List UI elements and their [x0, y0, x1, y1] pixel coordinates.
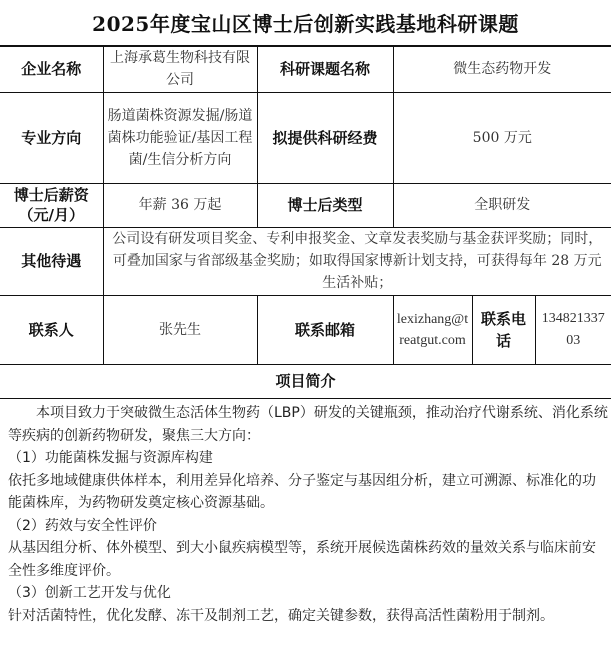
- table-row: 企业名称 上海承葛生物科技有限公司 科研课题名称 微生态药物开发: [0, 46, 611, 92]
- postdoc-type-label: 博士后类型: [257, 183, 393, 227]
- funding-value: 500 万元: [393, 92, 611, 183]
- postdoc-type-value: 全职研发: [393, 183, 611, 227]
- info-table: 企业名称 上海承葛生物科技有限公司 科研课题名称 微生态药物开发 专业方向 肠道…: [0, 45, 611, 365]
- intro-subheading: （1）功能菌株发掘与资源库构建: [8, 447, 608, 470]
- contact-value: 张先生: [103, 295, 257, 364]
- funding-label: 拟提供科研经费: [257, 92, 393, 183]
- topic-value: 微生态药物开发: [393, 46, 611, 92]
- email-value[interactable]: lexizhang@treatgut.com: [393, 295, 472, 364]
- intro-body: 本项目致力于突破微生态活体生物药（LBP）研发的关键瓶颈，推动治疗代谢系统、消化…: [8, 402, 608, 627]
- intro-subheading: （3）创新工艺开发与优化: [8, 582, 608, 605]
- topic-label: 科研课题名称: [257, 46, 393, 92]
- intro-paragraph: 本项目致力于突破微生态活体生物药（LBP）研发的关键瓶颈，推动治疗代谢系统、消化…: [8, 402, 608, 447]
- table-row: 其他待遇 公司设有研发项目奖金、专利申报奖金、文章发表奖励与基金获评奖励；同时，…: [0, 227, 611, 295]
- email-label: 联系邮箱: [257, 295, 393, 364]
- company-value: 上海承葛生物科技有限公司: [103, 46, 257, 92]
- company-label: 企业名称: [0, 46, 103, 92]
- salary-label: 博士后薪资（元/月）: [0, 183, 103, 227]
- intro-paragraph: 针对活菌特性，优化发酵、冻干及制剂工艺，确定关键参数，获得高活性菌粉用于制剂。: [8, 605, 608, 628]
- contact-label: 联系人: [0, 295, 103, 364]
- major-value: 肠道菌株资源发掘/肠道菌株功能验证/基因工程菌/生信分析方向: [103, 92, 257, 183]
- table-row: 专业方向 肠道菌株资源发掘/肠道菌株功能验证/基因工程菌/生信分析方向 拟提供科…: [0, 92, 611, 183]
- benefits-value: 公司设有研发项目奖金、专利申报奖金、文章发表奖励与基金获评奖励；同时，可叠加国家…: [103, 227, 611, 295]
- phone-label: 联系电话: [472, 295, 535, 364]
- page-title: 2025年度宝山区博士后创新实践基地科研课题: [0, 8, 611, 37]
- intro-paragraph: 从基因组分析、体外模型、到大小鼠疾病模型等，系统开展候选菌株药效的量效关系与临床…: [8, 537, 608, 582]
- salary-value: 年薪 36 万起: [103, 183, 257, 227]
- intro-paragraph: 依托多地域健康供体样本，利用差异化培养、分子鉴定与基因组分析，建立可溯源、标准化…: [8, 470, 608, 515]
- major-label: 专业方向: [0, 92, 103, 183]
- intro-subheading: （2）药效与安全性评价: [8, 515, 608, 538]
- table-row: 博士后薪资（元/月） 年薪 36 万起 博士后类型 全职研发: [0, 183, 611, 227]
- phone-value: 13482133703: [535, 295, 611, 364]
- table-row: 联系人 张先生 联系邮箱 lexizhang@treatgut.com 联系电话…: [0, 295, 611, 364]
- benefits-label: 其他待遇: [0, 227, 103, 295]
- intro-heading: 项目简介: [0, 364, 611, 399]
